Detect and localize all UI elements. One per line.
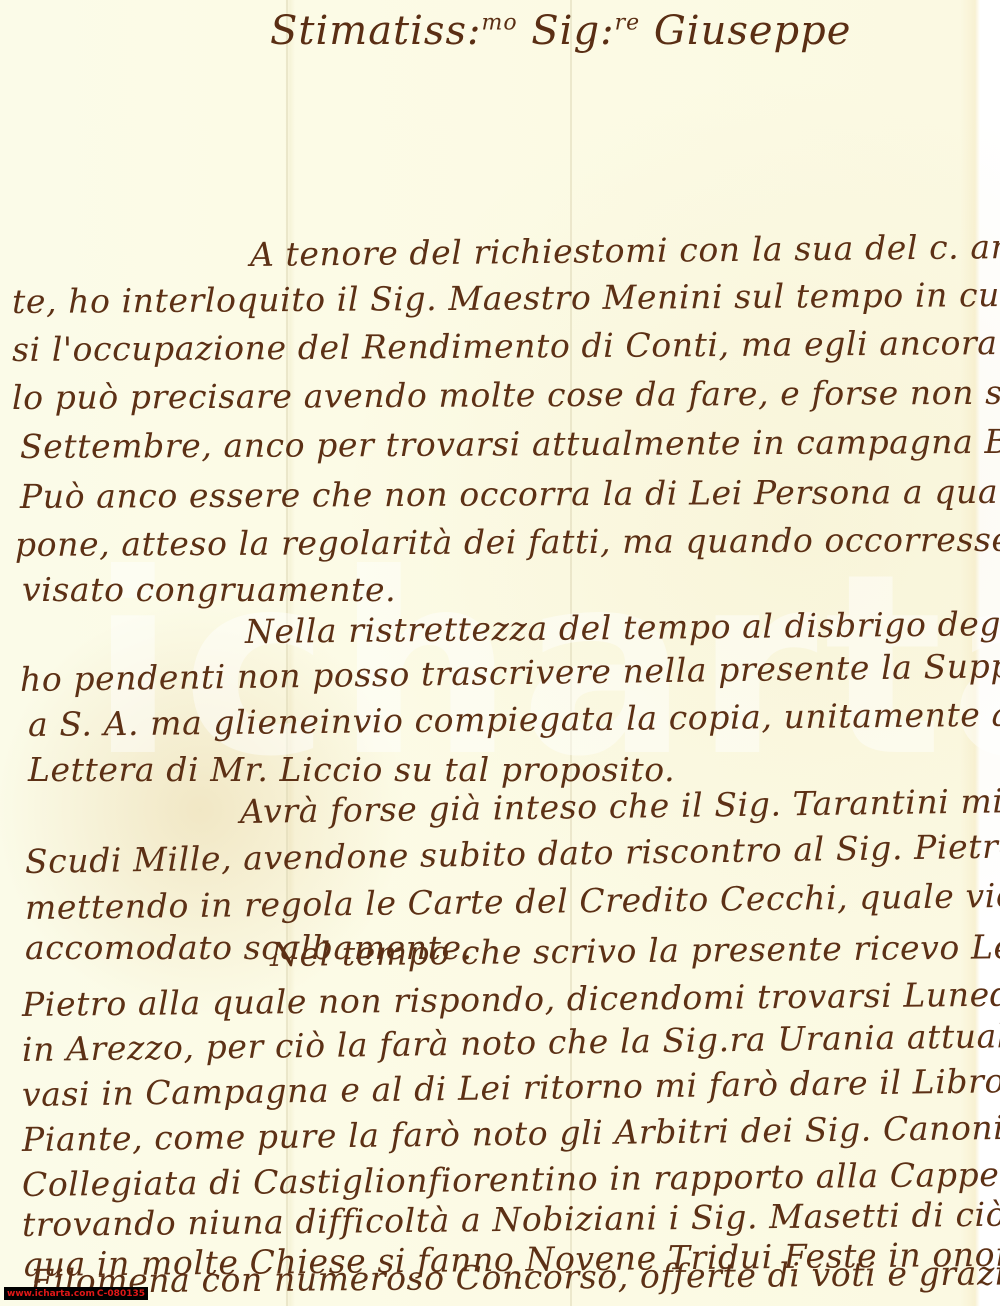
letter-line: lo può precisare avendo molte cose da fa… <box>12 372 1000 417</box>
letter-line: A tenore del richiestomi con la sua del … <box>250 226 1000 274</box>
letter-line: visato congruamente. <box>22 570 396 609</box>
salutation-prefix: Stimatiss: <box>270 8 481 54</box>
salutation-title: Sig: <box>531 8 614 54</box>
salutation-title-sup: re <box>615 11 641 36</box>
catalog-label: www.icharta.com C-080135 <box>4 1287 148 1300</box>
salutation-prefix-sup: mo <box>481 11 517 36</box>
letter-line: Settembre, anco per trovarsi attualmente… <box>20 421 1000 466</box>
salutation-name: Giuseppe <box>654 8 852 54</box>
label-code: C-080135 <box>97 1289 145 1299</box>
letter-line: te, ho interloquito il Sig. Maestro Meni… <box>12 274 1000 321</box>
label-site: www.icharta.com <box>7 1289 95 1299</box>
salutation: Stimatiss:mo Sig:re Giuseppe <box>270 8 851 54</box>
letter-line: Può anco essere che non occorra la di Le… <box>20 471 1000 516</box>
letter-line: pone, atteso la regolarità dei fatti, ma… <box>15 519 1000 564</box>
letter-line: Lettera di Mr. Liccio su tal proposito. <box>28 750 675 789</box>
letter-line: si l'occupazione del Rendimento di Conti… <box>12 322 1000 369</box>
